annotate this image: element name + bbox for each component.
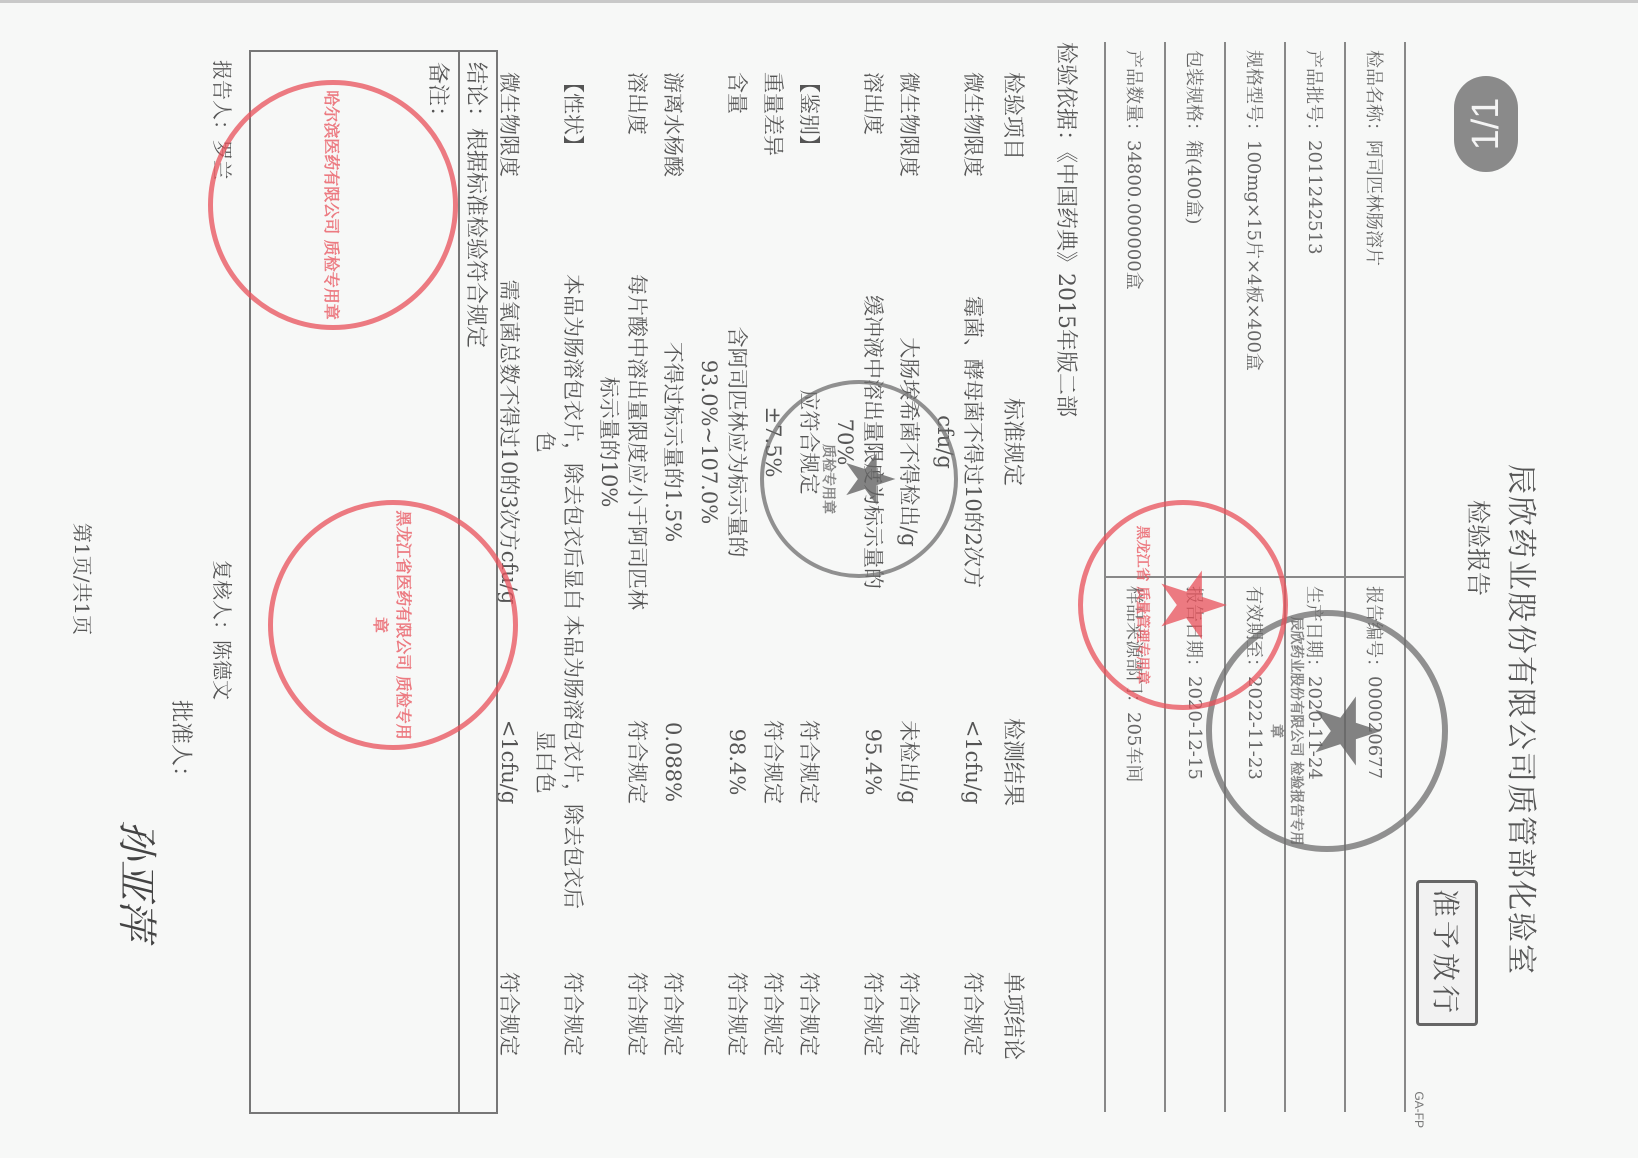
row-item: 【性状】 bbox=[527, 42, 591, 272]
row-item: 含量 bbox=[691, 42, 755, 272]
approver-label: 批准人： bbox=[167, 700, 198, 788]
row-standard: 含阿司匹林应为标示量的93.0%~107.0% bbox=[691, 272, 755, 612]
inspection-basis: 检验依据：《中国药典》2015年版二部 bbox=[1052, 42, 1083, 417]
document-code: GA-FP bbox=[1412, 1091, 1426, 1128]
row-result: 符合规定 bbox=[755, 612, 791, 912]
info-field: 产品批号：2011242513 bbox=[1286, 42, 1344, 576]
info-value: 阿司匹林肠溶片 bbox=[1362, 140, 1388, 266]
report-title: 检验报告 bbox=[1463, 500, 1498, 596]
page-badge: 1/1 bbox=[1454, 76, 1518, 172]
row-item: 【鉴别】 bbox=[791, 42, 827, 272]
row-result: <1cfu/g bbox=[927, 612, 991, 912]
table-row: 溶出度每片酸中溶出量限度应小于阿司匹林标示量的10%符合规定符合规定 bbox=[591, 42, 655, 1112]
info-value: 34800.000000盒 bbox=[1122, 140, 1148, 290]
row-conclusion: 符合规定 bbox=[655, 912, 691, 1112]
row-result: 95.4% bbox=[827, 612, 891, 912]
row-conclusion: 符合规定 bbox=[791, 912, 827, 1112]
row-conclusion: 符合规定 bbox=[827, 912, 891, 1112]
header-standard: 标准规定 bbox=[991, 272, 1038, 612]
table-row: 游离水杨酸不得过标示量的1.5%0.088%符合规定 bbox=[655, 42, 691, 1112]
results-body: 微生物限度霉菌、酵母菌不得过10的2次方 cfu/g<1cfu/g符合规定微生物… bbox=[491, 42, 991, 1112]
info-label: 产品批号 bbox=[1302, 50, 1328, 122]
info-row: 产品批号：2011242513生产日期：2020-11-24 bbox=[1284, 42, 1344, 1112]
table-row: 【鉴别】应符合规定符合规定符合规定 bbox=[791, 42, 827, 1112]
row-conclusion: 符合规定 bbox=[527, 912, 591, 1112]
header-result: 检测结果 bbox=[991, 612, 1038, 912]
page-number-footer: 第1页/共1页 bbox=[69, 0, 98, 1158]
row-conclusion: 符合规定 bbox=[691, 912, 755, 1112]
red-seal-stamp-right: 黑龙江省医药有限公司 质检专用章 bbox=[268, 500, 518, 750]
table-row: 微生物限度霉菌、酵母菌不得过10的2次方 cfu/g<1cfu/g符合规定 bbox=[927, 42, 991, 1112]
row-item: 溶出度 bbox=[591, 42, 655, 272]
row-result: 本品为肠溶包衣片，除去包衣后显白色 bbox=[527, 612, 591, 912]
results-table: 检验项目 标准规定 检测结果 单项结论 微生物限度霉菌、酵母菌不得过10的2次方… bbox=[491, 42, 1038, 1112]
row-item: 溶出度 bbox=[827, 42, 891, 272]
row-standard: 不得过标示量的1.5% bbox=[655, 272, 691, 612]
row-result: 符合规定 bbox=[791, 612, 827, 912]
header-conclusion: 单项结论 bbox=[991, 912, 1038, 1112]
info-value: 箱(400盒) bbox=[1182, 140, 1208, 224]
row-item: 重量差异 bbox=[755, 42, 791, 272]
company-title: 辰欣药业股份有限公司质管部化验室 bbox=[1502, 310, 1546, 1130]
reviewer: 复核人：陈德文 bbox=[209, 560, 238, 1060]
table-row: 重量差异±7.5%符合规定符合规定 bbox=[755, 42, 791, 1112]
row-result: 未检出/g bbox=[891, 612, 927, 912]
results-header: 检验项目 标准规定 检测结果 单项结论 bbox=[991, 42, 1038, 1112]
info-field: 规格型号：100mg×15片×4板×400盒 bbox=[1226, 42, 1284, 576]
row-standard: 本品为肠溶包衣片，除去包衣后显白色 bbox=[527, 272, 591, 612]
row-conclusion: 符合规定 bbox=[891, 912, 927, 1112]
header-item: 检验项目 bbox=[991, 42, 1038, 272]
star-icon: ★ bbox=[839, 452, 899, 506]
table-row: 【性状】本品为肠溶包衣片，除去包衣后显白色本品为肠溶包衣片，除去包衣后显白色符合… bbox=[527, 42, 591, 1112]
info-field: 包装规格：箱(400盒) bbox=[1166, 42, 1224, 576]
star-icon: ★ bbox=[1307, 695, 1387, 767]
star-icon: ★ bbox=[1153, 569, 1233, 641]
info-separator: ： bbox=[1302, 122, 1328, 140]
qc-gray-stamp: ★ 质检专用章 bbox=[760, 380, 958, 578]
info-row: 检品名称：阿司匹林肠溶片报告编号：000020677 bbox=[1344, 42, 1404, 1112]
info-field: 产品数量：34800.000000盒 bbox=[1106, 42, 1164, 576]
info-label: 包装规格 bbox=[1182, 50, 1208, 122]
row-item: 微生物限度 bbox=[891, 42, 927, 272]
release-approval-stamp: 准予放行 bbox=[1416, 880, 1478, 1026]
info-label: 产品数量 bbox=[1122, 50, 1148, 122]
info-field: 检品名称：阿司匹林肠溶片 bbox=[1346, 42, 1404, 576]
info-value: 100mg×15片×4板×400盒 bbox=[1242, 140, 1268, 371]
row-conclusion: 符合规定 bbox=[591, 912, 655, 1112]
row-standard: 每片酸中溶出量限度应小于阿司匹林标示量的10% bbox=[591, 272, 655, 612]
table-row: 含量含阿司匹林应为标示量的93.0%~107.0%98.4%符合规定 bbox=[691, 42, 755, 1112]
info-separator: ： bbox=[1182, 122, 1208, 140]
row-result: 符合规定 bbox=[591, 612, 655, 912]
info-value: 2011242513 bbox=[1305, 140, 1326, 255]
row-conclusion: 符合规定 bbox=[927, 912, 991, 1112]
info-label: 检品名称 bbox=[1362, 50, 1388, 122]
info-value: 205车间 bbox=[1122, 712, 1148, 782]
red-quality-stamp: ★ 黑龙江省 质量管理专用章 bbox=[1078, 500, 1288, 710]
table-row: 微生物限度大肠埃希菌不得检出/g未检出/g符合规定 bbox=[891, 42, 927, 1112]
info-separator: ： bbox=[1362, 122, 1388, 140]
approver-signature: 孙亚萍 bbox=[111, 820, 168, 940]
row-item: 游离水杨酸 bbox=[655, 42, 691, 272]
inspection-report-page: 1/1 辰欣药业股份有限公司质管部化验室 检验报告 准予放行 GA-FP 检品名… bbox=[0, 0, 1638, 1158]
row-conclusion: 符合规定 bbox=[755, 912, 791, 1112]
row-result: 0.088% bbox=[655, 612, 691, 912]
red-seal-stamp-left: 哈尔滨医药有限公司 质检专用章 bbox=[208, 80, 458, 330]
info-separator: ： bbox=[1122, 122, 1148, 140]
row-item: 微生物限度 bbox=[927, 42, 991, 272]
row-result: 98.4% bbox=[691, 612, 755, 912]
info-separator: ： bbox=[1242, 122, 1268, 140]
info-label: 规格型号 bbox=[1242, 50, 1268, 122]
